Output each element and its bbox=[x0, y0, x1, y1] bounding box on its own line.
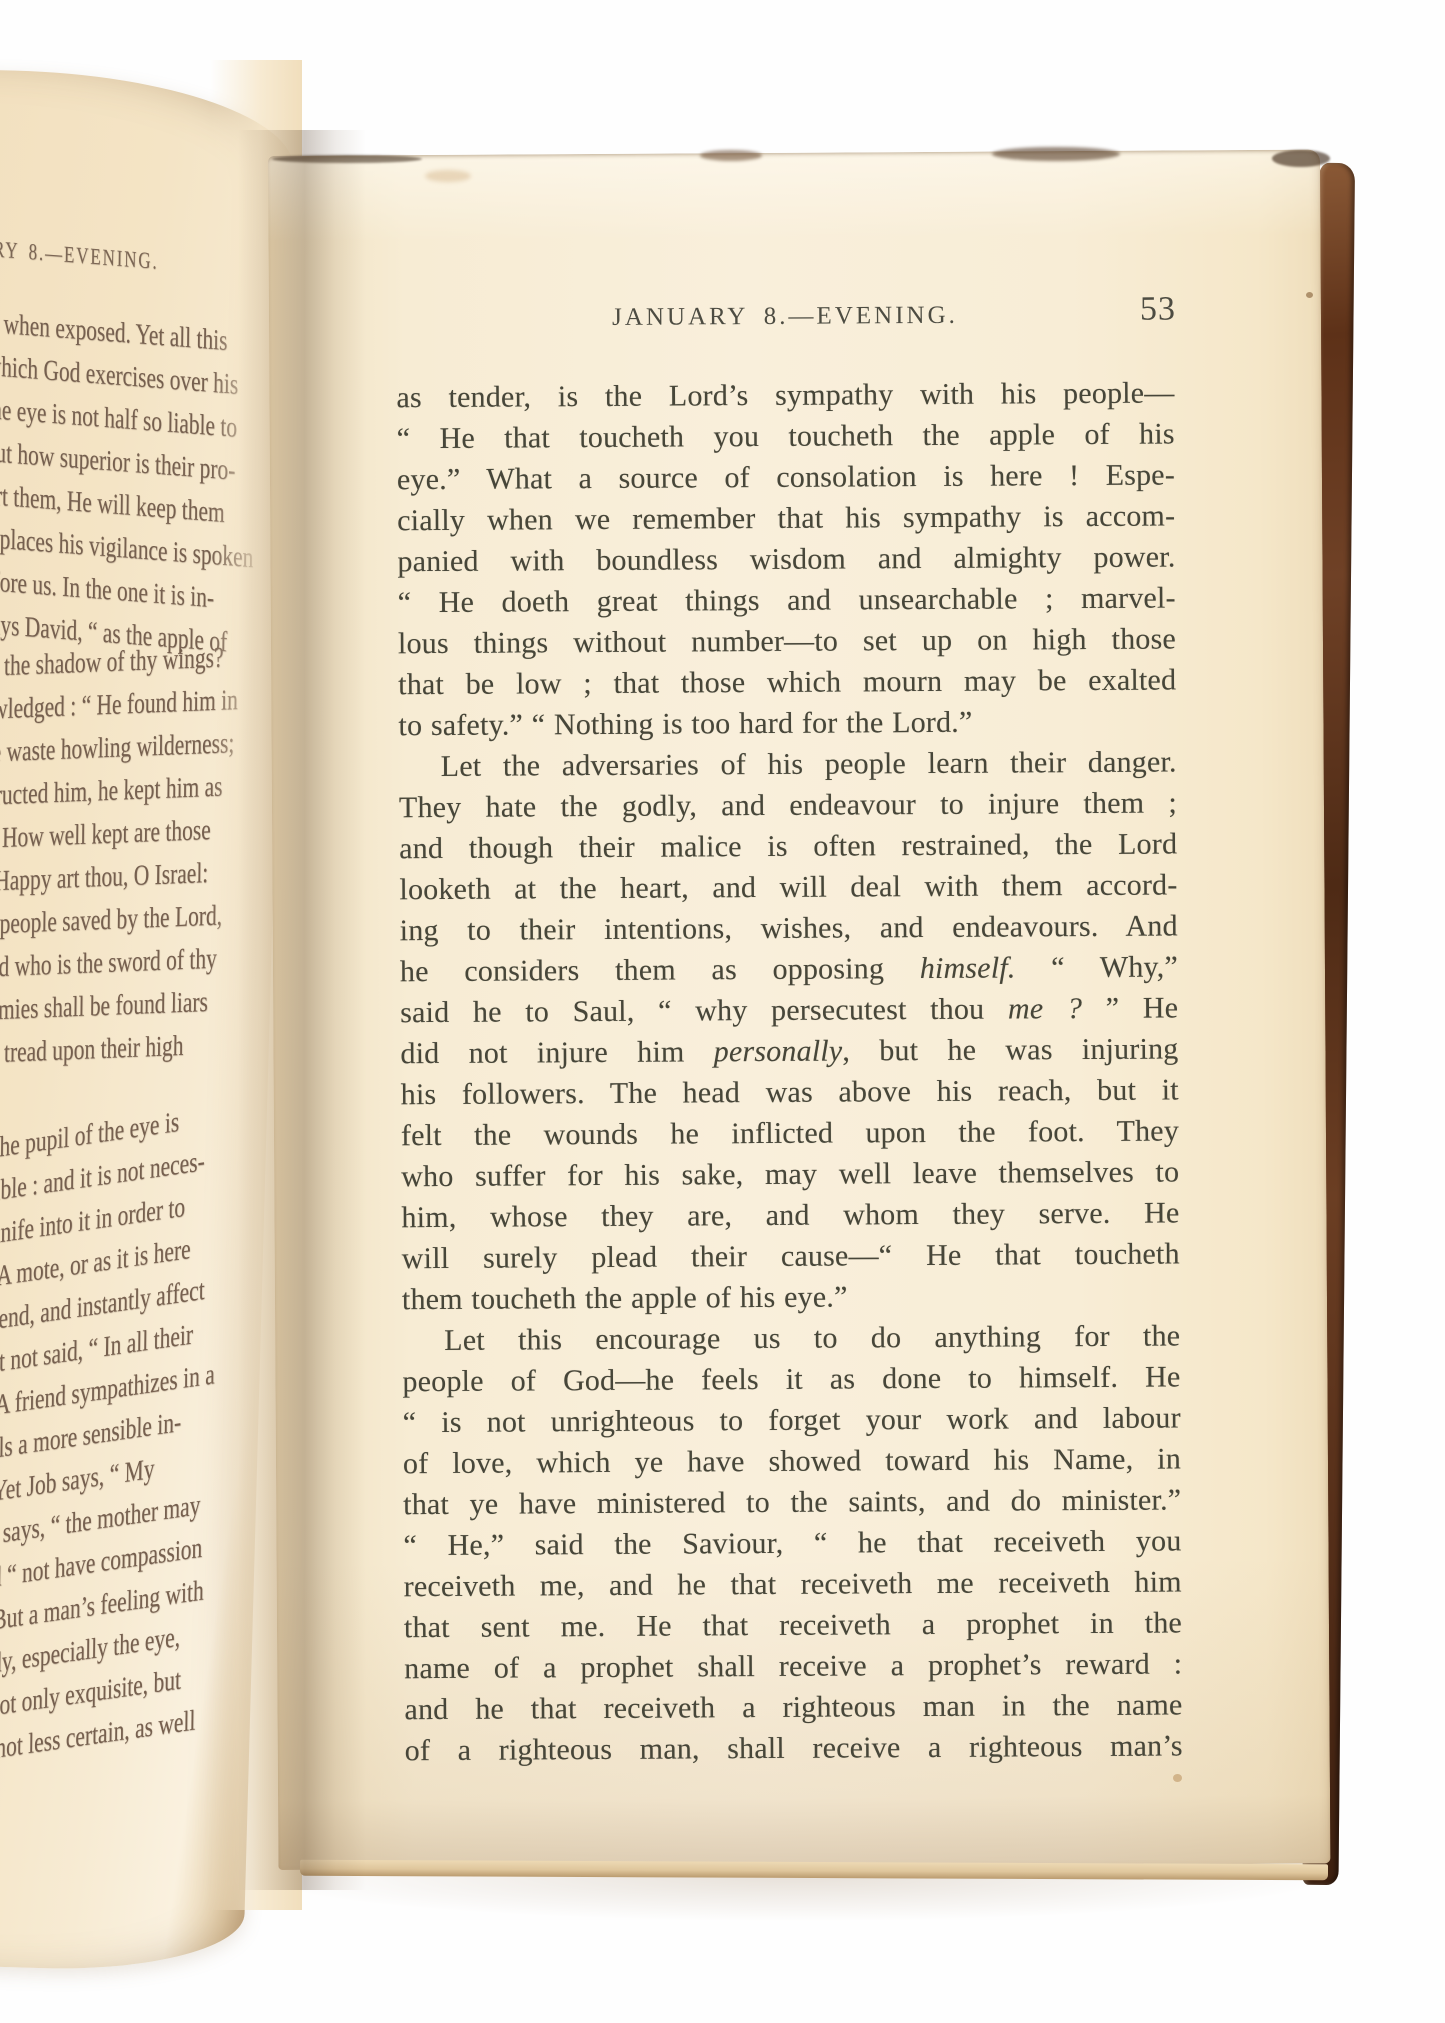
text-line: felt the wounds he inflicted upon the fo… bbox=[401, 1110, 1179, 1156]
text-line: that be low ; that those which mourn may… bbox=[398, 659, 1176, 705]
right-page-text: as tender, is the Lord’s sympathy with h… bbox=[396, 372, 1183, 1771]
edge-stain bbox=[992, 147, 1120, 161]
text-line: them toucheth the apple of his eye.” bbox=[402, 1274, 1180, 1320]
paper-speck bbox=[1173, 1774, 1182, 1782]
edge-stain bbox=[1272, 150, 1330, 167]
page-number: 53 bbox=[1140, 290, 1176, 328]
text-line: he considers them as opposing himself. “… bbox=[400, 946, 1178, 992]
text-line: as tender, is the Lord’s sympathy with h… bbox=[396, 372, 1174, 418]
paper-speck bbox=[425, 170, 471, 182]
paper-speck bbox=[1306, 292, 1313, 298]
edge-stain bbox=[272, 155, 422, 163]
text-line: him, whose they are, and whom they serve… bbox=[401, 1192, 1179, 1238]
text-line: Let this encourage us to do anything for… bbox=[402, 1315, 1180, 1361]
text-line: lous things without number—to set up on … bbox=[398, 618, 1176, 664]
text-line: “ is not unrighteous to forget your work… bbox=[403, 1397, 1181, 1443]
book-photograph: RY 8.—EVENING. it when exposed. Yet all … bbox=[0, 0, 1445, 2023]
text-line: and though their malice is often restrai… bbox=[399, 823, 1177, 869]
text-line: panied with boundless wisdom and almight… bbox=[397, 536, 1175, 582]
text-line: “ He that toucheth you toucheth the appl… bbox=[397, 413, 1175, 459]
text-line: that sent me. He that receiveth a prophe… bbox=[404, 1602, 1182, 1648]
text-line: did not injure him personally, but he wa… bbox=[400, 1028, 1178, 1074]
text-line: to safety.” “ Nothing is too hard for th… bbox=[398, 700, 1176, 746]
text-line: name of a prophet shall receive a prophe… bbox=[404, 1643, 1182, 1689]
text-line: his followers. The head was above his re… bbox=[401, 1069, 1179, 1115]
text-line: people of God—he feels it as done to him… bbox=[402, 1356, 1180, 1402]
text-line: cially when we remember that his sympath… bbox=[397, 495, 1175, 541]
text-line: eye.” What a source of consolation is he… bbox=[397, 454, 1175, 500]
text-line: said he to Saul, “ why persecutest thou … bbox=[400, 987, 1178, 1033]
text-line: receiveth me, and he that receiveth me r… bbox=[404, 1561, 1182, 1607]
text-line: Let the adversaries of his people learn … bbox=[399, 741, 1177, 787]
running-head: JANUARY 8.—EVENING. 53 bbox=[396, 300, 1174, 333]
text-line: who suffer for his sake, may well leave … bbox=[401, 1151, 1179, 1197]
text-line: and he that receiveth a righteous man in… bbox=[404, 1684, 1182, 1730]
text-line: looketh at the heart, and will deal with… bbox=[399, 864, 1177, 910]
text-line: of love, which ye have showed toward his… bbox=[403, 1438, 1181, 1484]
text-line: They hate the godly, and endeavour to in… bbox=[399, 782, 1177, 828]
book-shadow bbox=[250, 1876, 1340, 1922]
right-page-header: JANUARY 8.—EVENING. bbox=[612, 302, 958, 331]
edge-stain bbox=[700, 150, 762, 161]
text-line: that ye have ministered to the saints, a… bbox=[403, 1479, 1181, 1525]
text-line: “ He,” said the Saviour, “ he that recei… bbox=[403, 1520, 1181, 1566]
right-page: JANUARY 8.—EVENING. 53 as tender, is the… bbox=[268, 150, 1330, 1870]
text-line: of a righteous man, shall receive a righ… bbox=[405, 1725, 1183, 1771]
text-line: ing to their intentions, wishes, and end… bbox=[400, 905, 1178, 951]
text-line: “ He doeth great things and unsearchable… bbox=[398, 577, 1176, 623]
text-line: will surely plead their cause—“ He that … bbox=[402, 1233, 1180, 1279]
